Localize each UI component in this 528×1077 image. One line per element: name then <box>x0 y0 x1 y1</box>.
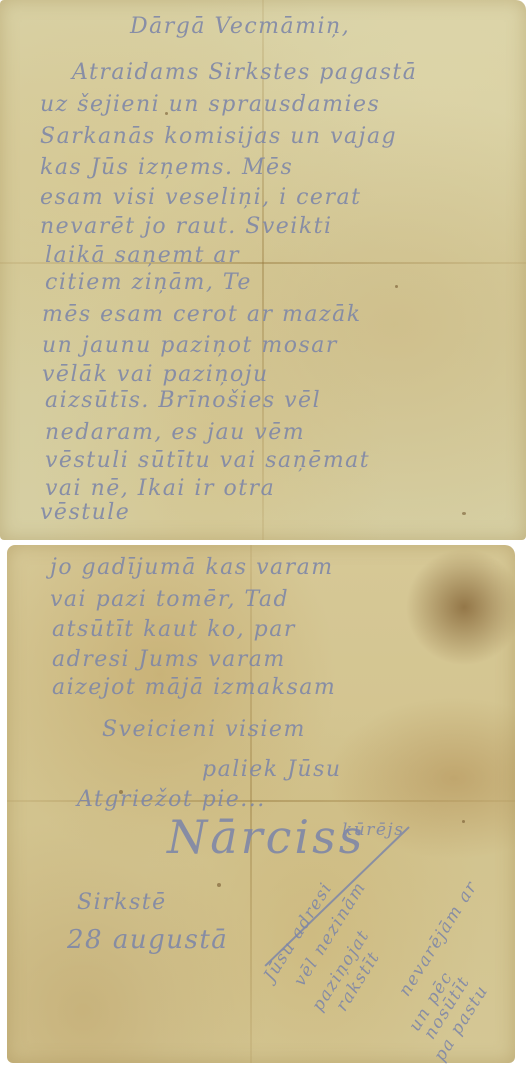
handwritten-line: vai nē, Ikai ir otra <box>45 476 275 501</box>
ink-spot <box>462 820 465 823</box>
handwritten-line: nevarēt jo raut. Sveikti <box>40 214 333 239</box>
signature: Nārciss <box>167 810 365 864</box>
handwritten-line: Sarkanās komisijas un vajag <box>40 124 397 149</box>
handwritten-line: nedaram, es jau vēm <box>45 420 305 445</box>
place-line: Sirkstē <box>77 890 167 915</box>
handwritten-line: laikā saņemt ar <box>45 243 240 268</box>
handwritten-line: jo gadījumā kas varam <box>50 555 334 580</box>
handwritten-line: aizejot mājā izmaksam <box>52 675 336 700</box>
handwritten-line: adresi Jums varam <box>52 647 286 672</box>
handwritten-line: citiem ziņām, Te <box>45 270 252 295</box>
closing-line: paliek Jūsu <box>202 757 342 782</box>
ink-spot <box>395 285 398 288</box>
handwritten-line: aizsūtīs. Brīnošies vēl <box>45 388 321 413</box>
handwritten-line: vēstule <box>40 500 130 525</box>
closing-line: Sveicieni visiem <box>102 717 306 742</box>
date-line: 28 augustā <box>67 925 228 955</box>
margin-note-top: kūrējs <box>342 820 404 840</box>
handwritten-line: vēlāk vai paziņoju <box>42 362 269 387</box>
ink-spot <box>165 112 168 115</box>
handwritten-line: vai pazi tomēr, Tad <box>50 587 289 612</box>
handwritten-line: kas Jūs izņems. Mēs <box>40 155 293 180</box>
handwritten-line: esam visi veseliņi, i cerat <box>40 185 361 210</box>
ink-spot <box>119 790 123 794</box>
ink-spot <box>217 883 221 887</box>
handwritten-line: uz šejieni un sprausdamies <box>40 92 380 117</box>
handwritten-line: mēs esam cerot ar mazāk <box>42 302 362 327</box>
handwritten-line: atsūtīt kaut ko, par <box>52 617 296 642</box>
handwritten-line: un jaunu paziņot mosar <box>42 333 338 358</box>
letter-page-1: Dārgā Vecmāmiņ, Atraidams Sirkstes pagas… <box>0 0 526 540</box>
salutation: Dārgā Vecmāmiņ, <box>130 14 350 39</box>
letter-page-2: jo gadījumā kas varam vai pazi tomēr, Ta… <box>7 545 515 1063</box>
handwritten-line: Atraidams Sirkstes pagastā <box>72 60 417 85</box>
ink-spot <box>462 512 466 515</box>
handwritten-line: Atgriežot pie... <box>77 787 266 812</box>
handwritten-line: vēstuli sūtītu vai saņēmat <box>45 448 370 473</box>
